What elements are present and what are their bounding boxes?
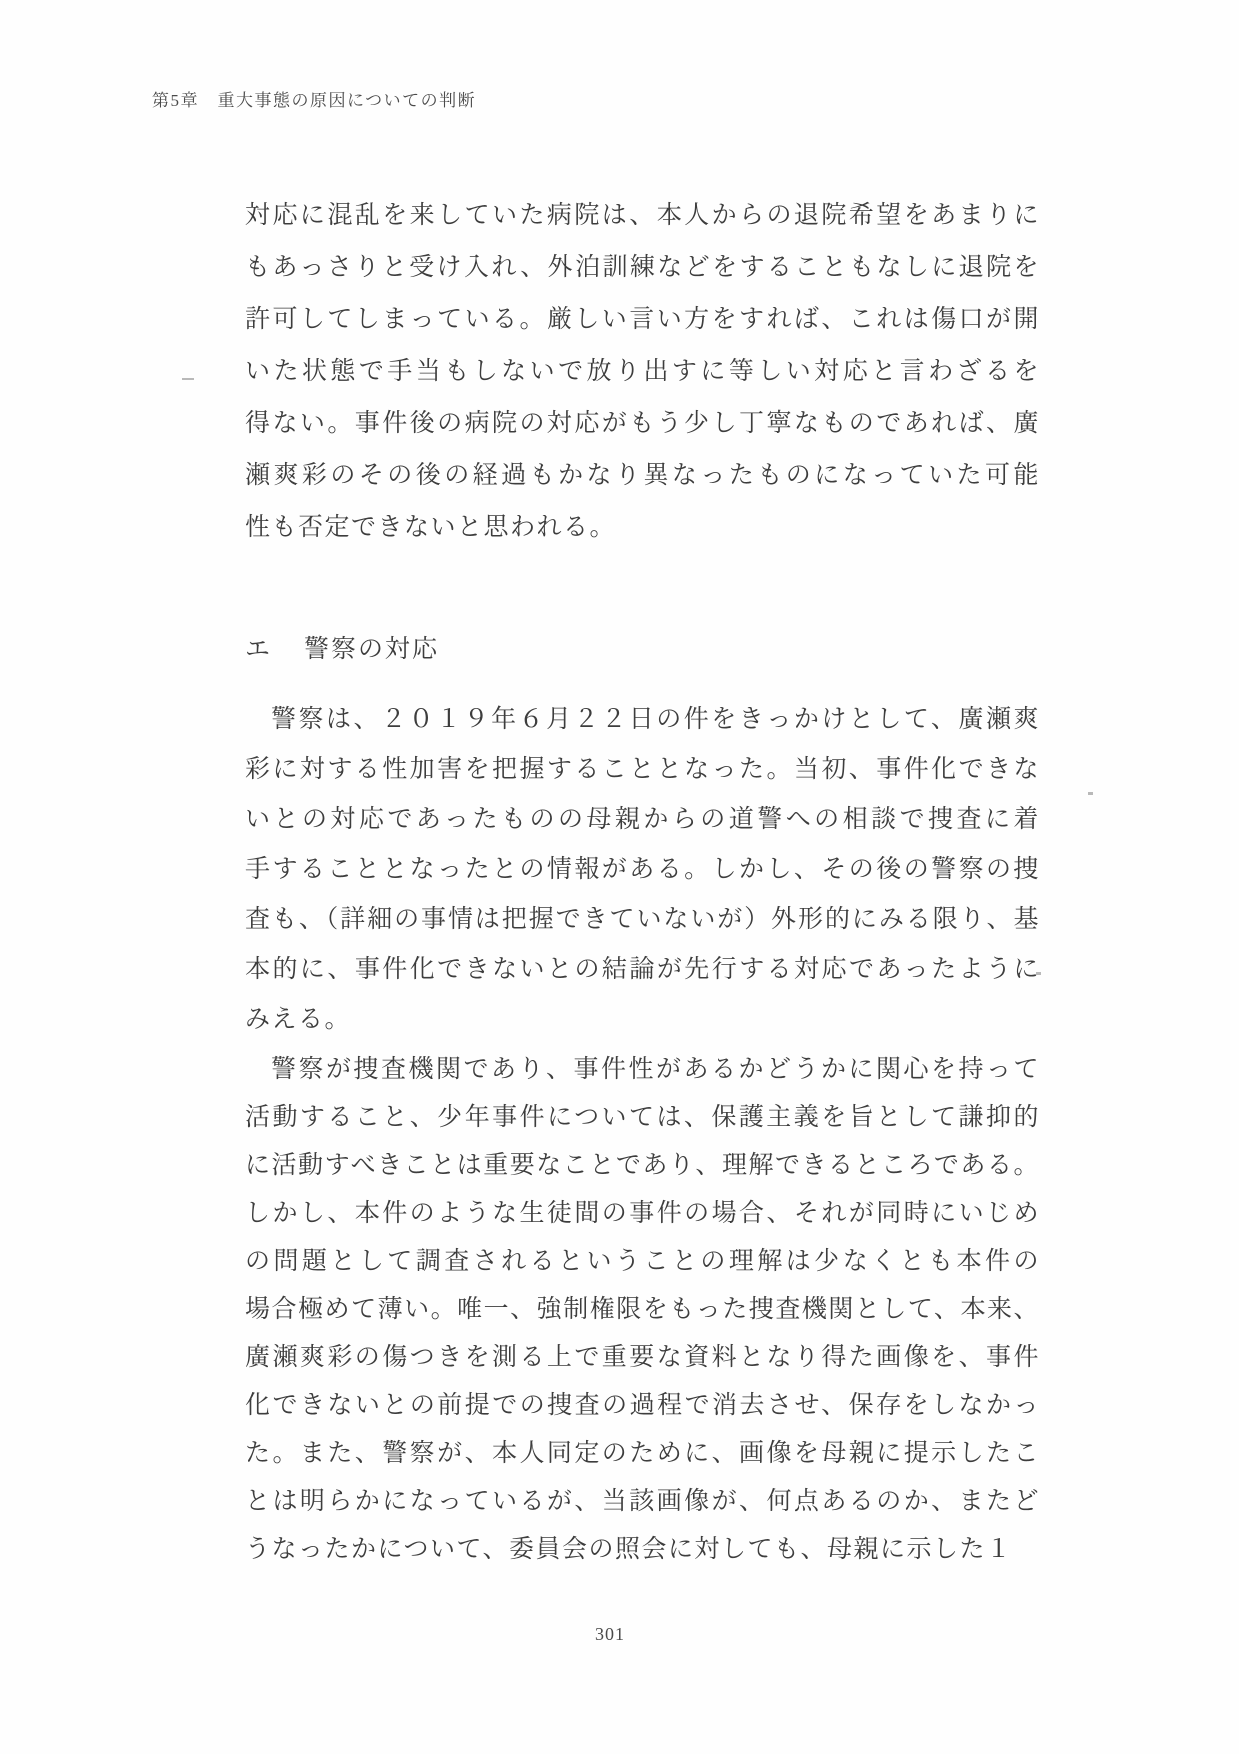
text-line: 瀬爽彩のその後の経過もかなり異なったものになっていた可能 xyxy=(245,450,1040,502)
text-line: 手することとなったとの情報がある。しかし、その後の警察の捜 xyxy=(245,845,1040,895)
document-page: 第5章 重大事態の原因についての判断 対応に混乱を来していた病院は、本人からの退… xyxy=(0,0,1239,1754)
text-line: 廣瀬爽彩の傷つきを測る上で重要な資料となり得た画像を、事件 xyxy=(245,1334,1040,1382)
text-line: 査も、（詳細の事情は把握できていないが）外形的にみる限り、基 xyxy=(245,895,1040,945)
text-line: 警察は、２０１９年６月２２日の件をきっかけとして、廣瀬爽 xyxy=(245,695,1040,745)
text-line: 活動すること、少年事件については、保護主義を旨として謙抑的 xyxy=(245,1094,1040,1142)
text-line: の問題として調査されるということの理解は少なくとも本件の xyxy=(245,1238,1040,1286)
text-line: いた状態で手当もしないで放り出すに等しい対応と言わざるを xyxy=(245,346,1040,398)
paragraph-hospital-response: 対応に混乱を来していた病院は、本人からの退院希望をあまりにもあっさりと受け入れ、… xyxy=(245,190,1040,554)
scan-artifact xyxy=(1088,792,1093,795)
scan-artifact xyxy=(1036,972,1041,975)
paragraph-police-evidence: 警察が捜査機関であり、事件性があるかどうかに関心を持って活動すること、少年事件に… xyxy=(245,1046,1040,1574)
text-line: 本的に、事件化できないとの結論が先行する対応であったように xyxy=(245,945,1040,995)
text-line: しかし、本件のような生徒間の事件の場合、それが同時にいじめ xyxy=(245,1190,1040,1238)
text-line: 得ない。事件後の病院の対応がもう少し丁寧なものであれば、廣 xyxy=(245,398,1040,450)
scan-artifact xyxy=(182,378,194,380)
text-line: 対応に混乱を来していた病院は、本人からの退院希望をあまりに xyxy=(245,190,1040,242)
text-line: た。また、警察が、本人同定のために、画像を母親に提示したこ xyxy=(245,1430,1040,1478)
chapter-header: 第5章 重大事態の原因についての判断 xyxy=(152,86,476,111)
section-heading-police-response: エ警察の対応 xyxy=(245,624,1040,676)
text-line: とは明らかになっているが、当該画像が、何点あるのか、またど xyxy=(245,1478,1040,1526)
page-number: 301 xyxy=(245,1624,975,1645)
text-line: 場合極めて薄い。唯一、強制権限をもった捜査機関として、本来、 xyxy=(245,1286,1040,1334)
text-line: みえる。 xyxy=(245,995,1040,1045)
text-line: 彩に対する性加害を把握することとなった。当初、事件化できな xyxy=(245,745,1040,795)
text-line: 許可してしまっている。厳しい言い方をすれば、これは傷口が開 xyxy=(245,294,1040,346)
section-title: 警察の対応 xyxy=(304,636,439,663)
paragraph-police-investigation: 警察は、２０１９年６月２２日の件をきっかけとして、廣瀬爽彩に対する性加害を把握す… xyxy=(245,695,1040,1045)
text-line: 性も否定できないと思われる。 xyxy=(245,502,1040,554)
text-line: いとの対応であったものの母親からの道警への相談で捜査に着 xyxy=(245,795,1040,845)
text-line: もあっさりと受け入れ、外泊訓練などをすることもなしに退院を xyxy=(245,242,1040,294)
text-line: 化できないとの前提での捜査の過程で消去させ、保存をしなかっ xyxy=(245,1382,1040,1430)
text-line: うなったかについて、委員会の照会に対しても、母親に示した１ xyxy=(245,1526,1040,1574)
text-line: に活動すべきことは重要なことであり、理解できるところである。 xyxy=(245,1142,1040,1190)
text-line: 警察が捜査機関であり、事件性があるかどうかに関心を持って xyxy=(245,1046,1040,1094)
section-marker: エ xyxy=(245,636,272,663)
